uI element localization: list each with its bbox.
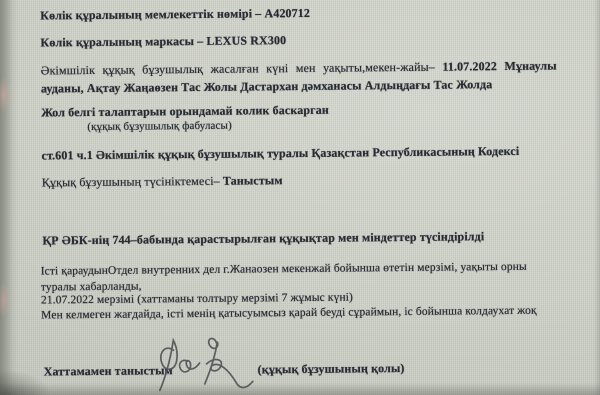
- violation-datetime-paragraph: Әкімшілік құқық бұзушылық жасалған күні …: [41, 58, 557, 98]
- vehicle-reg-number-value: A420712: [264, 6, 310, 20]
- vehicle-brand-line: Көлік құралының маркасы – LEXUS RX300: [40, 33, 286, 50]
- code-article-line: ст.601 ч.1 Әкімшілік құқық бұзушылық тур…: [42, 144, 520, 164]
- rights-explained-line: ҚР ӘБК-нің 744–бабында қарастырылған құқ…: [42, 229, 484, 248]
- offender-explanation-label: Құқық бұзушының түсініктемесі–: [42, 174, 220, 190]
- document-photo: Көлік құралының мемлекеттік нөмірі – A42…: [0, 0, 600, 395]
- hearing-notice-paragraph: Істі қараудынОтдел внутренних дел г.Жана…: [41, 260, 543, 296]
- document-page: Көлік құралының мемлекеттік нөмірі – A42…: [0, 0, 600, 395]
- offender-explanation-value: Таныстым: [223, 173, 283, 188]
- vehicle-reg-number-label: Көлік құралының мемлекеттік нөмірі –: [40, 6, 261, 22]
- signature-scribble-icon: [153, 333, 259, 395]
- violation-datetime-label: Әкімшілік құқық бұзушылық жасалған күні …: [41, 60, 435, 78]
- vehicle-brand-value: LEXUS RX300: [206, 33, 286, 48]
- vehicle-reg-number-line: Көлік құралының мемлекеттік нөмірі – A42…: [40, 6, 310, 24]
- absence-request-line: Мен келмеген жағдайда, істі менің қатысу…: [41, 305, 537, 322]
- offender-explanation-line: Құқық бұзушының түсініктемесі– Таныстым: [42, 173, 283, 190]
- vehicle-brand-label: Көлік құралының маркасы –: [40, 34, 203, 50]
- deadline-line: 21.07.2022 мерзімі (хаттаманы толтыру ме…: [41, 291, 353, 306]
- violation-fabula-text: Жол белгі талаптарын орындамай колик бас…: [41, 103, 329, 121]
- signature-caption: (құқық бұзушының қолы): [258, 361, 405, 377]
- violation-fabula-caption: (құқық бұзушылық фабуласы): [87, 120, 232, 133]
